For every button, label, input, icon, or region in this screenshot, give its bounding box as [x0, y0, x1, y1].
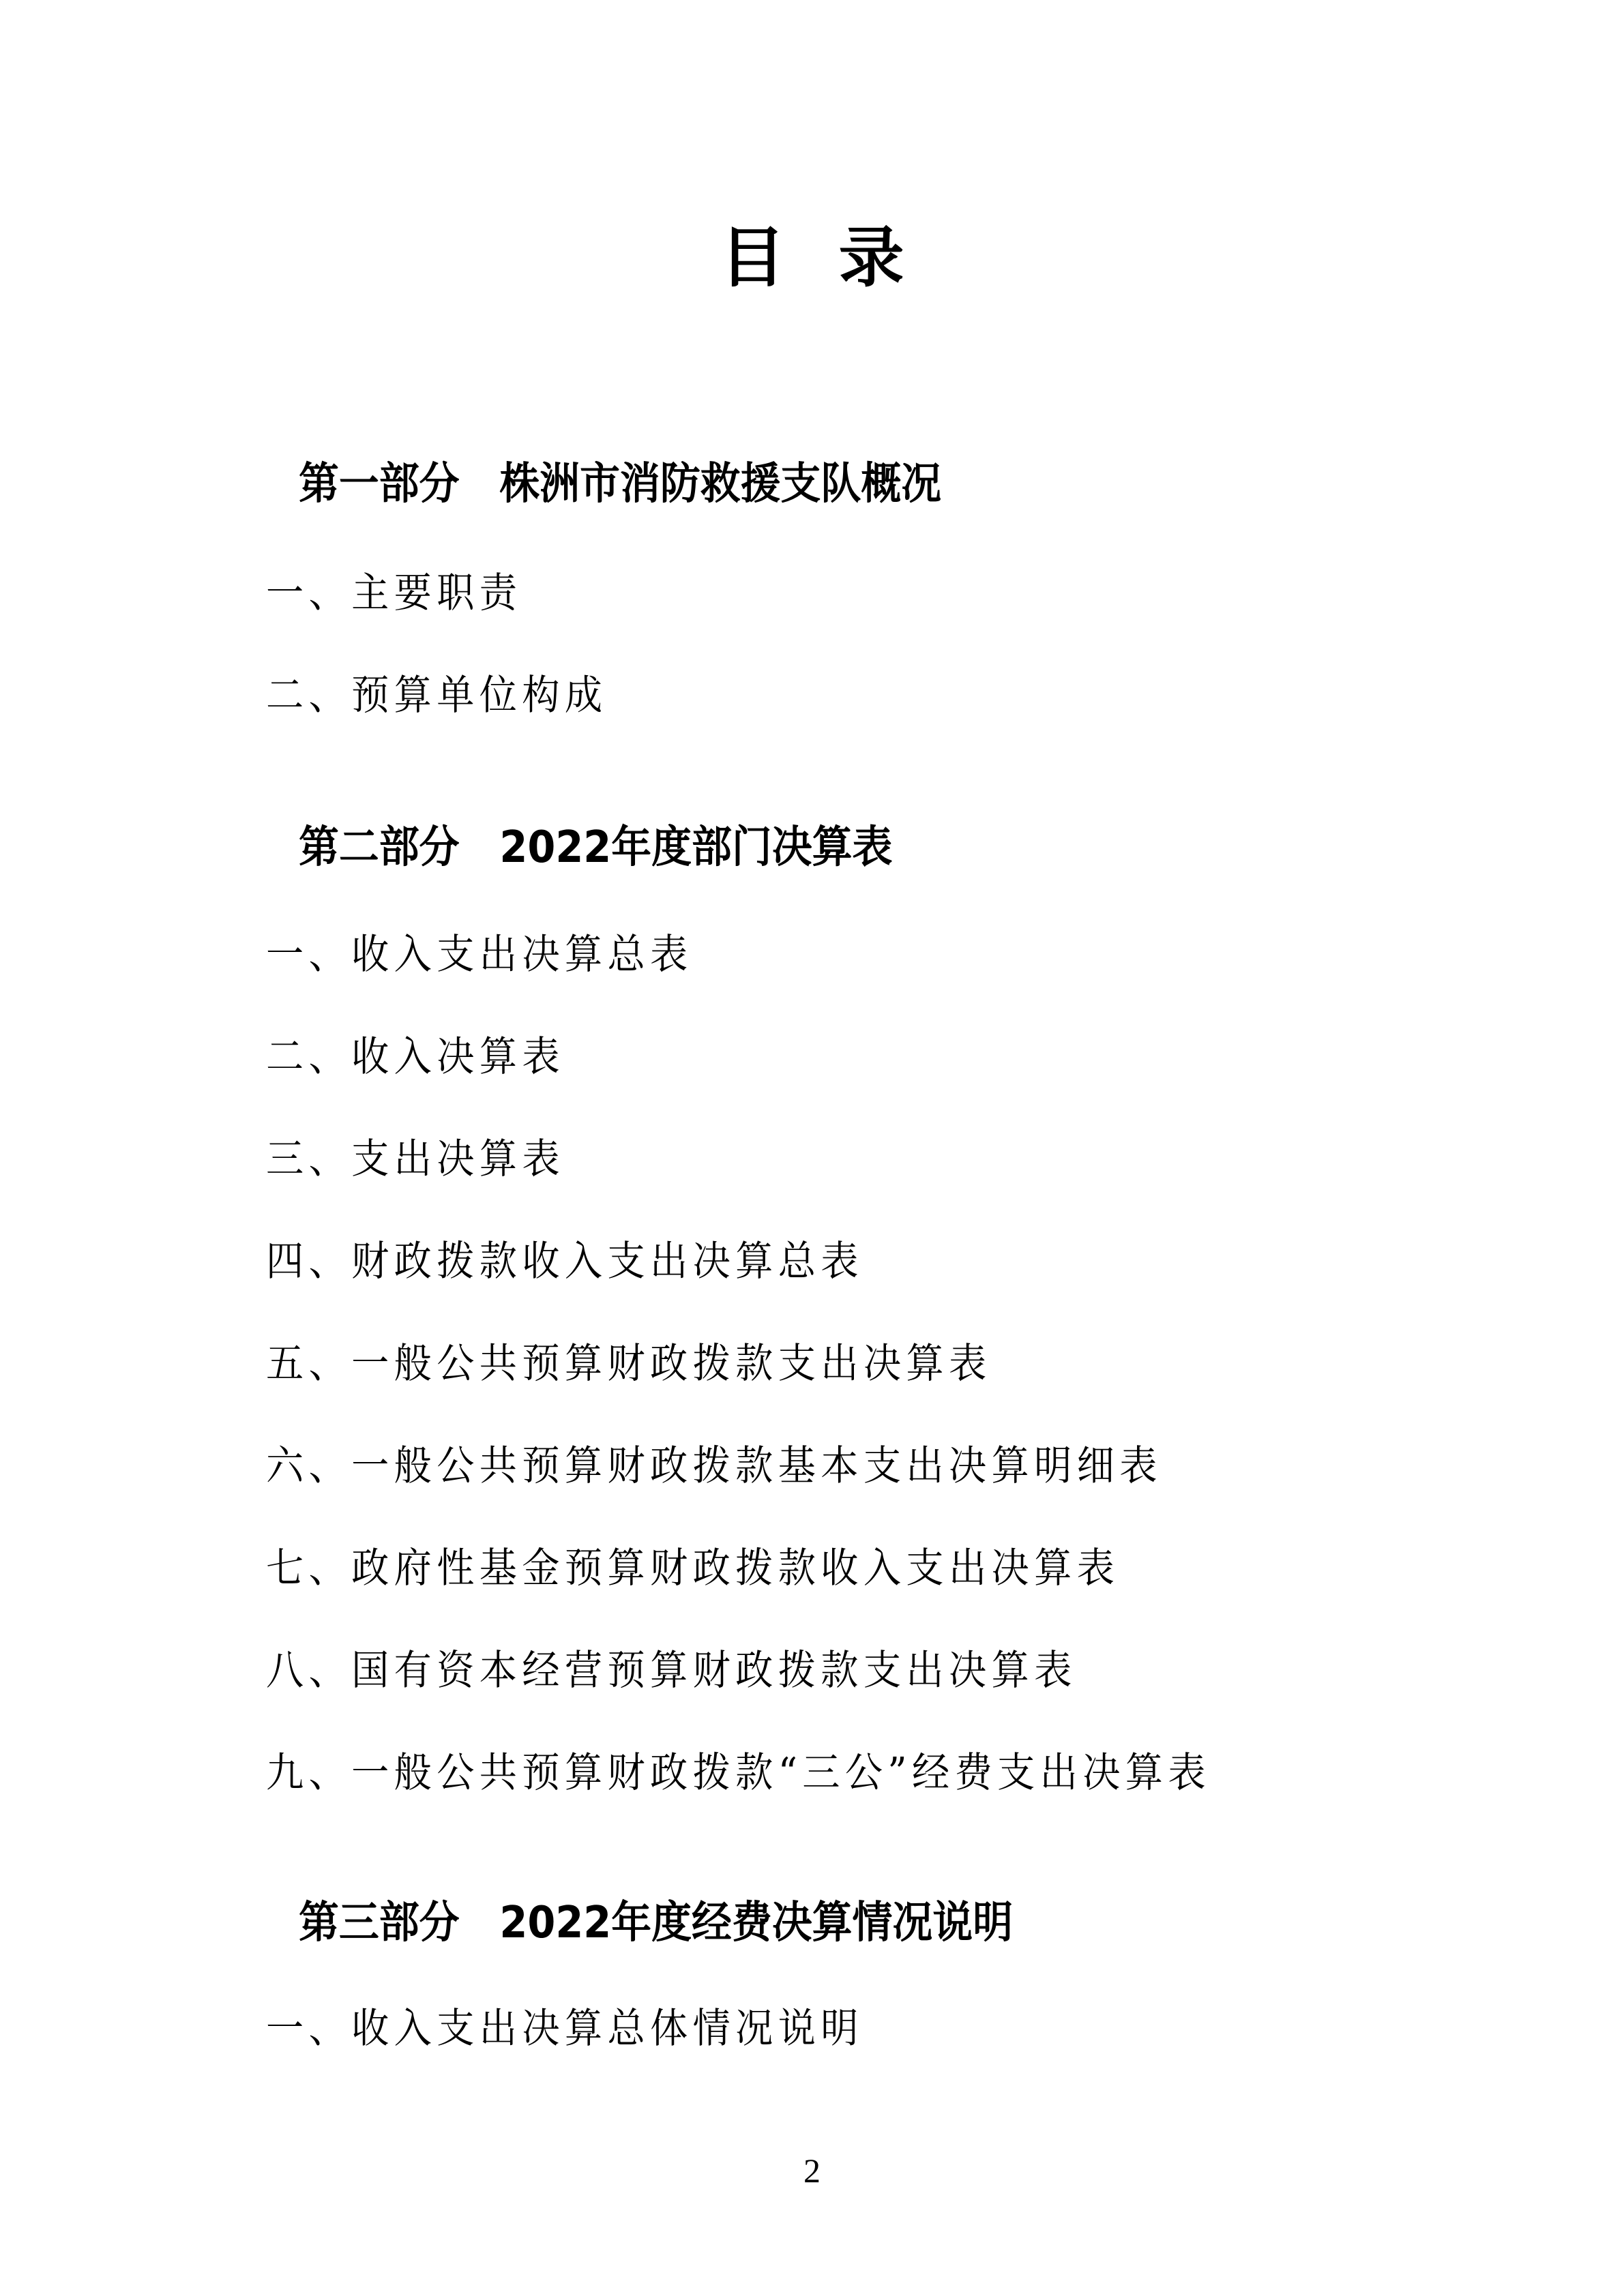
- toc-part-1-heading[interactable]: 第一部分株洲市消防救援支队概况: [299, 453, 941, 515]
- toc-item[interactable]: 五、一般公共预算财政拨款支出决算表: [266, 1335, 992, 1392]
- toc-part-3-heading[interactable]: 第三部分2022年度经费决算情况说明: [299, 1892, 1013, 1954]
- toc-item[interactable]: 七、政府性基金预算财政拨款收入支出决算表: [266, 1540, 1119, 1597]
- page-title-char-2: 录: [839, 217, 904, 299]
- toc-part-2-heading[interactable]: 第二部分2022年度部门决算表: [299, 817, 892, 878]
- toc-item[interactable]: 一、主要职责: [266, 565, 522, 622]
- page-number: 2: [0, 2147, 1624, 2194]
- toc-item[interactable]: 二、预算单位构成: [266, 667, 607, 724]
- toc-item[interactable]: 八、国有资本经营预算财政拨款支出决算表: [266, 1642, 1077, 1699]
- part-label: 第三部分: [299, 1892, 460, 1954]
- part-label: 第一部分: [299, 453, 460, 515]
- toc-item[interactable]: 一、收入支出决算总体情况说明: [266, 2000, 863, 2057]
- toc-item[interactable]: 一、收入支出决算总表: [266, 926, 693, 983]
- toc-item[interactable]: 四、财政拨款收入支出决算总表: [266, 1233, 863, 1290]
- page-title-char-1: 目: [720, 217, 786, 299]
- toc-item[interactable]: 六、一般公共预算财政拨款基本支出决算明细表: [266, 1437, 1162, 1495]
- part-label: 第二部分: [299, 817, 460, 878]
- toc-item[interactable]: 三、支出决算表: [266, 1131, 565, 1188]
- document-page: 目录 第一部分株洲市消防救援支队概况 一、主要职责 二、预算单位构成 第二部分2…: [0, 0, 1624, 2296]
- toc-item[interactable]: 九、一般公共预算财政拨款“三公”经费支出决算表: [266, 1744, 1211, 1802]
- page-title: 目录: [0, 217, 1624, 299]
- part-name: 2022年度经费决算情况说明: [499, 1892, 1013, 1954]
- toc-item[interactable]: 二、收入决算表: [266, 1028, 565, 1086]
- part-name: 2022年度部门决算表: [499, 817, 892, 878]
- part-name: 株洲市消防救援支队概况: [499, 453, 941, 515]
